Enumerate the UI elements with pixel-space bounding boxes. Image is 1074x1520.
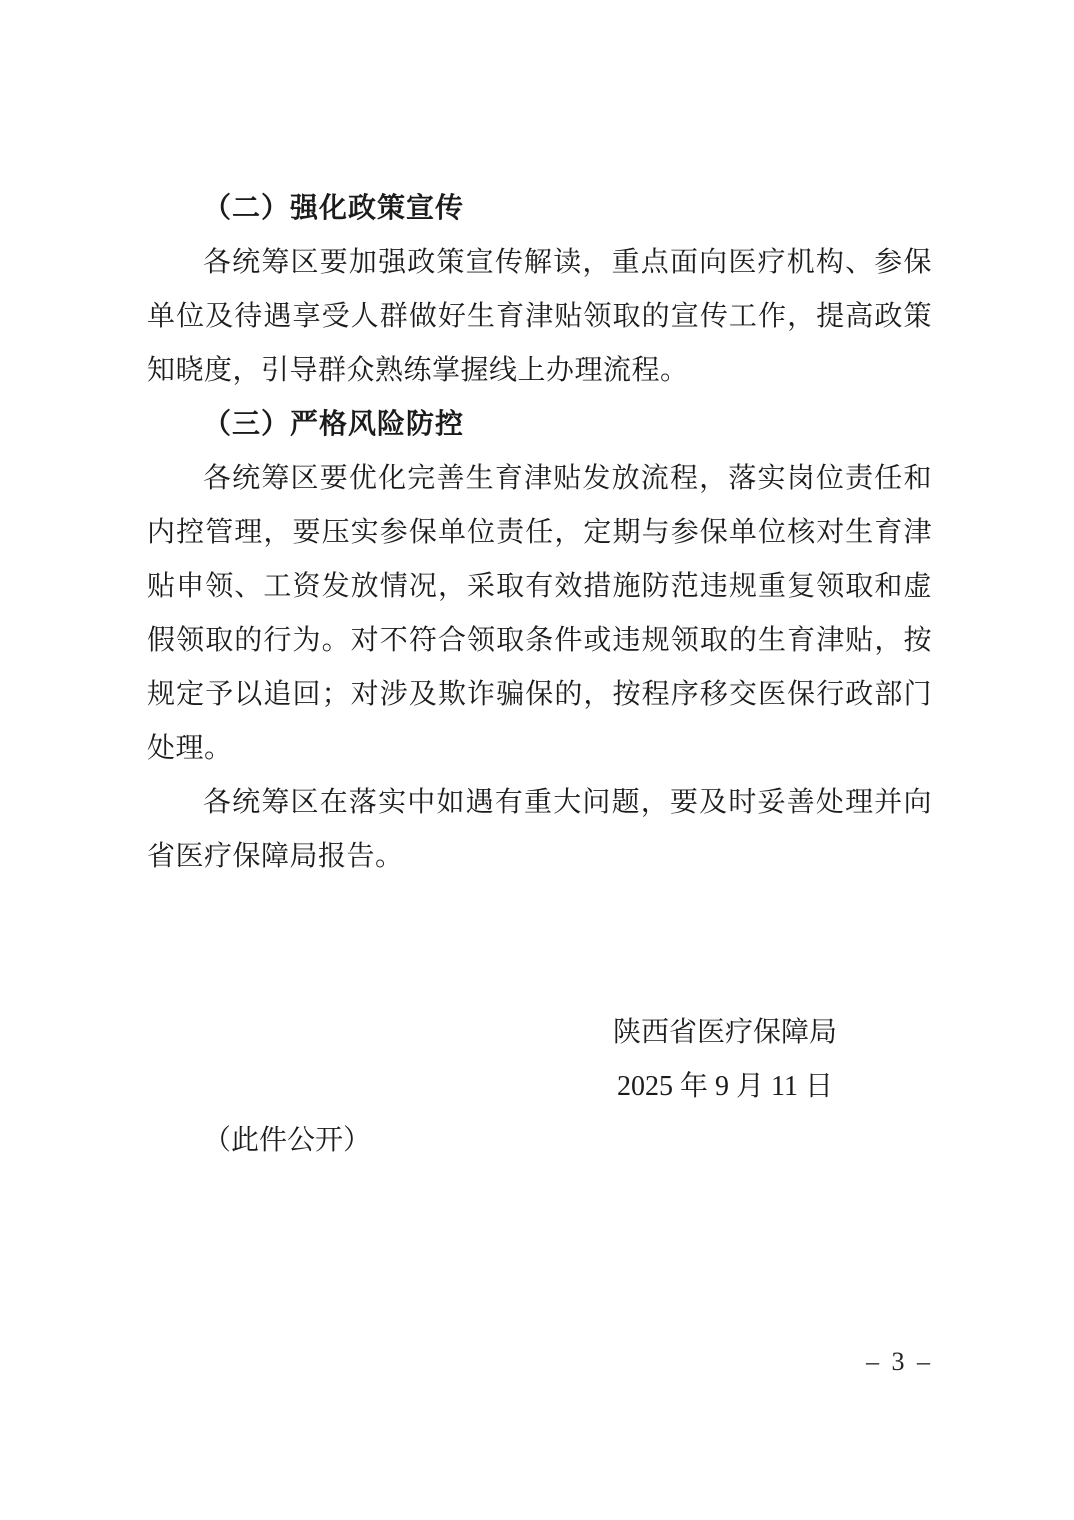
signature-block: 陕西省医疗保障局 2025 年 9 月 11 日	[613, 1006, 837, 1114]
section-heading-3: （三）严格风险防控	[147, 398, 932, 452]
document-body: （二）强化政策宣传 各统筹区要加强政策宣传解读，重点面向医疗机构、参保单位及待遇…	[147, 182, 932, 1168]
section-heading-2: （二）强化政策宣传	[147, 182, 932, 236]
document-page: （二）强化政策宣传 各统筹区要加强政策宣传解读，重点面向医疗机构、参保单位及待遇…	[0, 0, 1074, 1520]
signature-issuer: 陕西省医疗保障局	[613, 1006, 837, 1060]
signature-date: 2025 年 9 月 11 日	[617, 1060, 833, 1114]
paragraph-report-issues: 各统筹区在落实中如遇有重大问题，要及时妥善处理并向省医疗保障局报告。	[147, 776, 932, 884]
public-disclosure-note: （此件公开）	[147, 1114, 932, 1168]
page-number: – 3 –	[866, 1347, 933, 1377]
paragraph-policy-promotion: 各统筹区要加强政策宣传解读，重点面向医疗机构、参保单位及待遇享受人群做好生育津贴…	[147, 236, 932, 398]
paragraph-risk-control: 各统筹区要优化完善生育津贴发放流程，落实岗位责任和内控管理，要压实参保单位责任，…	[147, 452, 932, 776]
